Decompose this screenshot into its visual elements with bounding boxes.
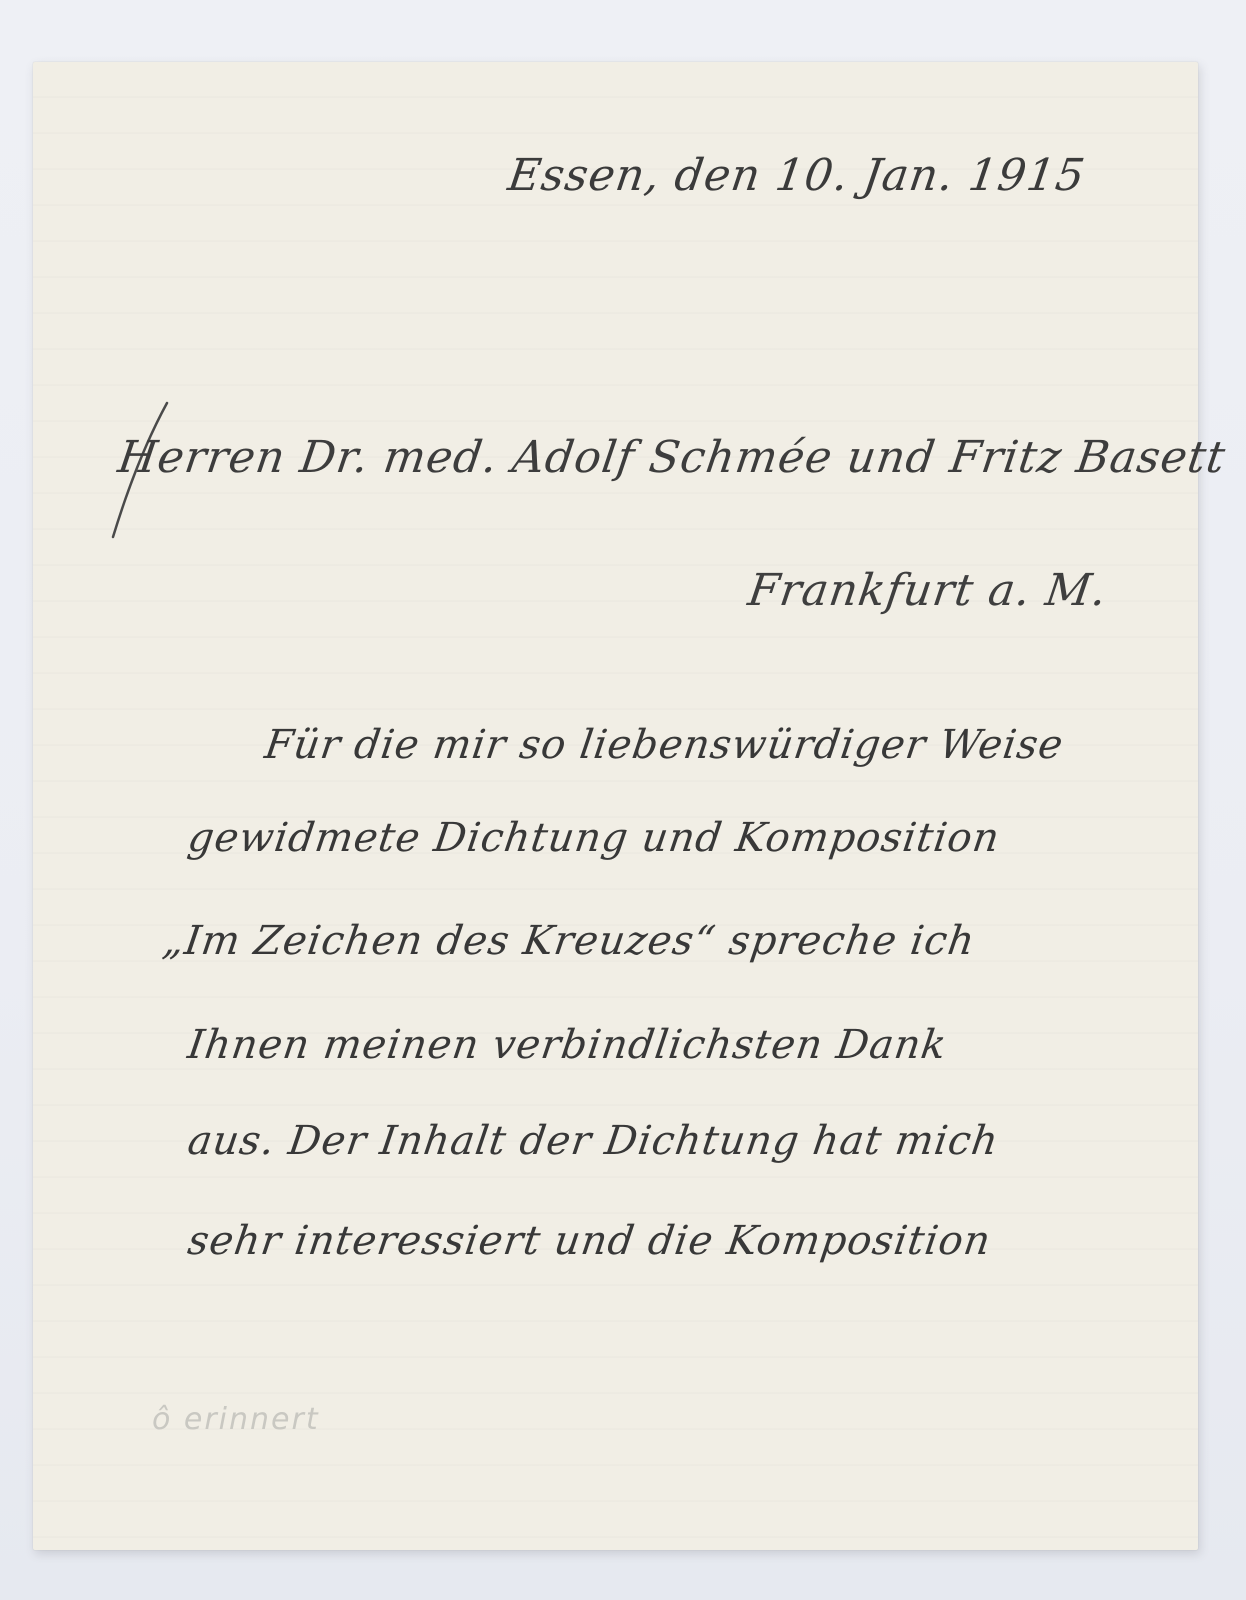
letter-body-line-1: Für die mir so liebenswürdiger Weise bbox=[262, 722, 1066, 768]
letter-body-line-4: Ihnen meinen verbindlichsten Dank bbox=[185, 1022, 950, 1068]
letter-recipient-city: Frankfurt a. M. bbox=[745, 565, 1111, 616]
letter-dateline: Essen, den 10. Jan. 1915 bbox=[505, 150, 1088, 201]
letter-body-line-6: sehr interessiert und die Komposition bbox=[185, 1218, 994, 1264]
letter-recipients: Herren Dr. med. Adolf Schmée und Fritz B… bbox=[115, 432, 1229, 483]
letter-sheet bbox=[33, 62, 1198, 1550]
letter-body-line-2: gewidmete Dichtung und Komposition bbox=[185, 815, 1003, 861]
letter-body-line-5: aus. Der Inhalt der Dichtung hat mich bbox=[185, 1118, 1002, 1164]
pencil-annotation: ô erinnert bbox=[152, 1402, 320, 1437]
letter-body-line-3: „Im Zeichen des Kreuzes“ spreche ich bbox=[160, 918, 978, 964]
